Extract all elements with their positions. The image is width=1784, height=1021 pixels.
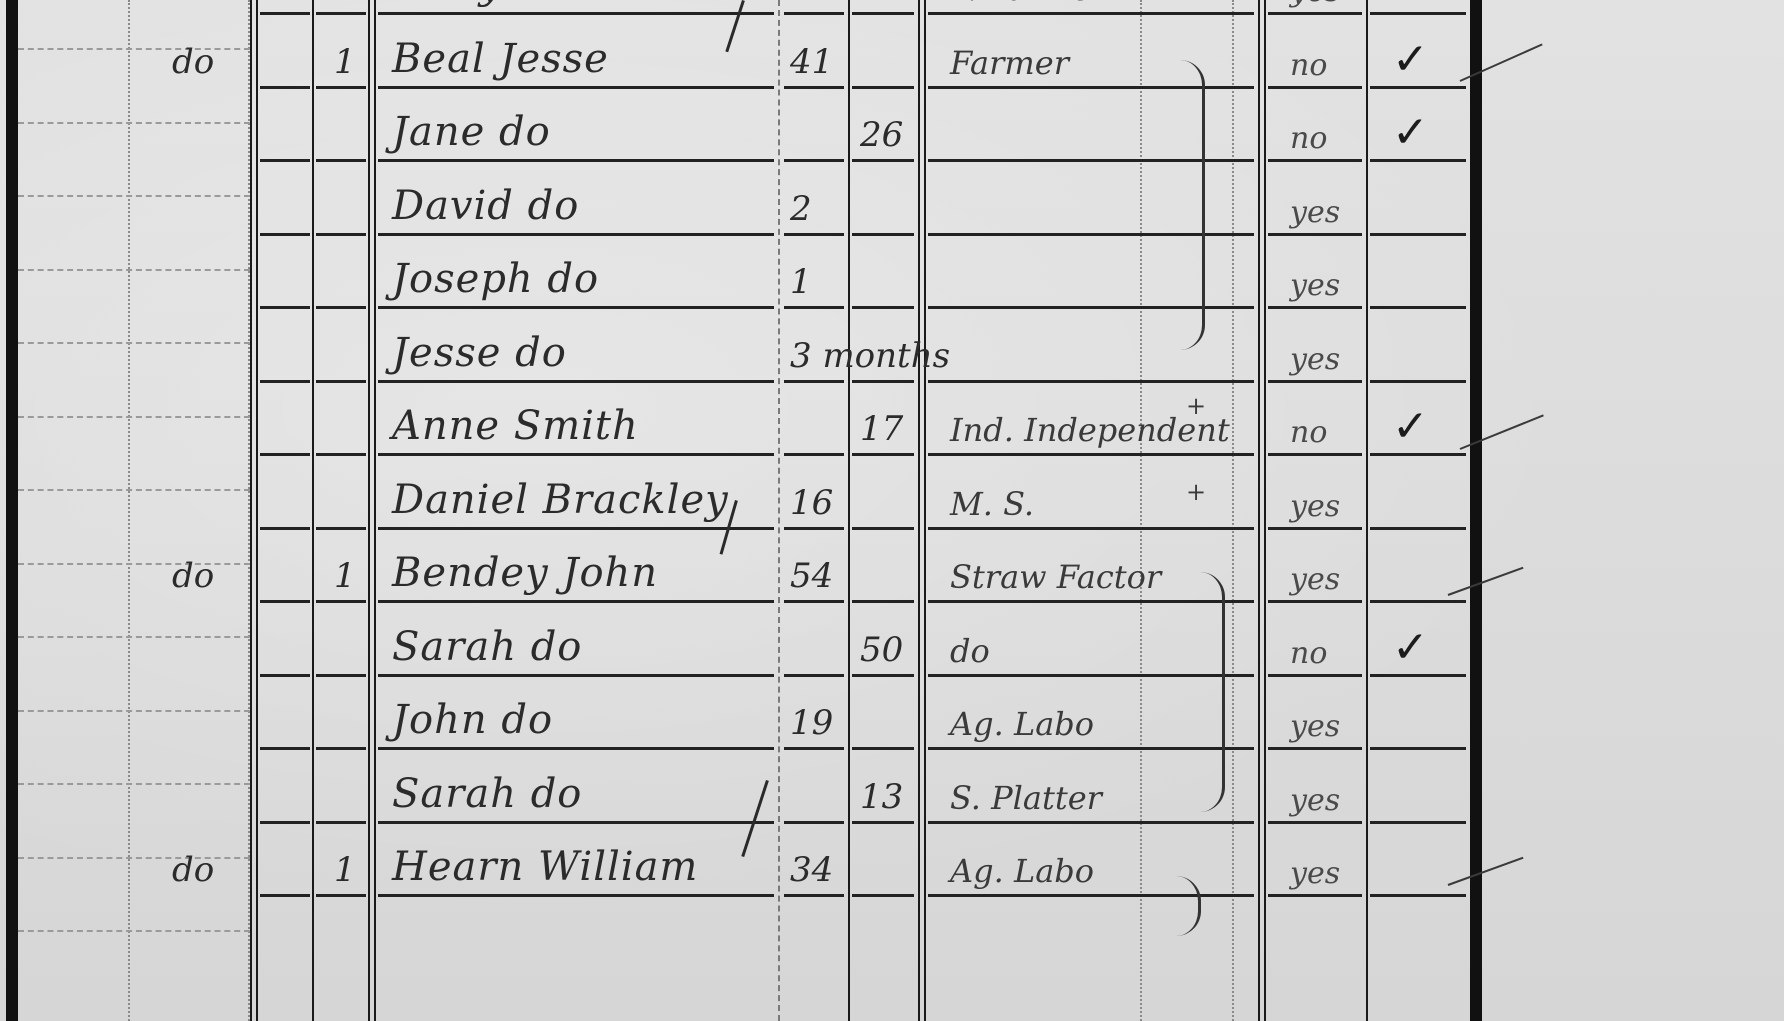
- left-page-border: [6, 0, 18, 1021]
- row-rule: [260, 380, 310, 383]
- row-rule: [1370, 894, 1466, 897]
- row-rule: [1370, 674, 1466, 677]
- row-rule: [1268, 12, 1362, 15]
- occupation: M. S.: [950, 485, 1034, 523]
- row-rule: [260, 159, 310, 162]
- row-rule: [852, 306, 914, 309]
- row-rule: [316, 600, 366, 603]
- age-male: 41: [790, 42, 833, 82]
- occupation: Farmer: [950, 44, 1069, 82]
- row-rule: [316, 86, 366, 89]
- row-rule: [784, 894, 844, 897]
- age-female: 13: [860, 777, 903, 817]
- foreign-born-check-icon: ✓: [1392, 401, 1429, 452]
- row-rule: [260, 894, 310, 897]
- row-rule: [316, 747, 366, 750]
- row-rule: [1268, 86, 1362, 89]
- row-rule: [316, 12, 366, 15]
- row-rule: [928, 821, 1254, 824]
- household-brace-bendey: [1200, 572, 1225, 812]
- margin-guide-line: [18, 636, 250, 638]
- household-count: 1: [334, 850, 356, 890]
- margin-guide-line: [18, 710, 250, 712]
- margin-guide-line: [18, 489, 250, 491]
- row-rule: [316, 674, 366, 677]
- household-count: 1: [334, 556, 356, 596]
- person-name: Anne Smith: [392, 403, 639, 449]
- row-rule: [784, 747, 844, 750]
- row-rule: [378, 821, 774, 824]
- row-rule: [260, 600, 310, 603]
- margin-guide-1: [128, 0, 130, 1021]
- age-female: 50: [860, 630, 903, 670]
- born-in-county: no: [1290, 415, 1327, 450]
- row-rule: [316, 527, 366, 530]
- household-brace-hearn: [1176, 876, 1201, 936]
- born-in-county: yes: [1290, 783, 1340, 818]
- column-rule-name-left: [368, 0, 370, 1021]
- row-rule: [928, 86, 1254, 89]
- age-male: 54: [790, 556, 833, 596]
- person-name: John do: [392, 697, 553, 743]
- born-in-county: no: [1290, 636, 1327, 671]
- margin-guide-line: [18, 563, 250, 565]
- born-in-county: no: [1290, 48, 1327, 83]
- column-rule-house-left: [250, 0, 252, 1021]
- row-rule: [784, 821, 844, 824]
- house-ditto-mark: do: [172, 42, 214, 82]
- born-in-county: yes: [1290, 489, 1340, 524]
- row-rule: [1268, 674, 1362, 677]
- plus-annotation: +: [1186, 392, 1206, 420]
- person-name: Mary do: [392, 0, 568, 8]
- age-male: 2: [790, 189, 812, 229]
- person-name: Sarah do: [392, 771, 582, 817]
- margin-check-stroke: [1448, 567, 1524, 596]
- row-rule: [378, 527, 774, 530]
- margin-guide-line: [18, 122, 250, 124]
- row-rule: [1370, 159, 1466, 162]
- row-rule: [1268, 306, 1362, 309]
- row-rule: [784, 453, 844, 456]
- occupation-guide-1: [1140, 0, 1142, 1021]
- row-rule: [852, 12, 914, 15]
- margin-guide-line: [18, 930, 250, 932]
- occupation: Straw Factor: [950, 558, 1161, 596]
- column-rule-name-left-2: [374, 0, 376, 1021]
- margin-guide-line: [18, 269, 250, 271]
- row-rule: [378, 747, 774, 750]
- row-rule: [1370, 233, 1466, 236]
- margin-guide-line: [18, 48, 250, 50]
- row-rule: [852, 233, 914, 236]
- born-in-county: yes: [1290, 268, 1340, 303]
- margin-guide-line: [18, 783, 250, 785]
- row-rule: [928, 12, 1254, 15]
- column-rule-age-mid: [848, 0, 850, 1021]
- born-in-county: yes: [1290, 195, 1340, 230]
- born-in-county: yes: [1290, 562, 1340, 597]
- born-in-county: yes: [1290, 342, 1340, 377]
- row-rule: [784, 674, 844, 677]
- column-rule-house-left-2: [256, 0, 258, 1021]
- person-name: Bendey John: [392, 550, 658, 596]
- born-in-county: no: [1290, 121, 1327, 156]
- row-rule: [260, 233, 310, 236]
- row-rule: [260, 747, 310, 750]
- margin-check-stroke: [1448, 857, 1524, 886]
- row-rule: [784, 159, 844, 162]
- row-rule: [928, 159, 1254, 162]
- house-ditto-mark: do: [172, 850, 214, 890]
- row-rule: [1268, 747, 1362, 750]
- row-rule: [260, 674, 310, 677]
- age-female: 26: [860, 115, 903, 155]
- row-rule: [1268, 600, 1362, 603]
- row-rule: [852, 894, 914, 897]
- row-rule: [1268, 159, 1362, 162]
- occupation: S. Platter: [950, 779, 1102, 817]
- person-name: David do: [392, 183, 579, 229]
- row-rule: [316, 159, 366, 162]
- row-rule: [1370, 306, 1466, 309]
- census-page: Mary do20F. Farmeryesdo1Beal Jesse41Farm…: [0, 0, 1784, 1021]
- row-rule: [316, 821, 366, 824]
- foreign-born-check-icon: ✓: [1392, 622, 1429, 673]
- row-rule: [852, 380, 914, 383]
- row-rule: [852, 600, 914, 603]
- row-rule: [1370, 86, 1466, 89]
- person-name: Daniel Brackley: [392, 477, 729, 523]
- plus-annotation: +: [1186, 478, 1206, 506]
- row-rule: [852, 86, 914, 89]
- row-rule: [260, 453, 310, 456]
- row-rule: [928, 527, 1254, 530]
- age-male: 34: [790, 850, 833, 890]
- house-ditto-mark: do: [172, 556, 214, 596]
- row-rule: [784, 233, 844, 236]
- row-rule: [316, 453, 366, 456]
- row-rule: [928, 306, 1254, 309]
- row-rule: [1268, 527, 1362, 530]
- row-rule: [1370, 821, 1466, 824]
- row-rule: [928, 233, 1254, 236]
- row-rule: [784, 86, 844, 89]
- born-in-county: yes: [1290, 856, 1340, 891]
- age-female: 20: [860, 0, 903, 8]
- column-rule-age-left: [778, 0, 780, 1021]
- row-rule: [316, 380, 366, 383]
- row-rule: [378, 894, 774, 897]
- row-rule: [1370, 527, 1466, 530]
- row-rule: [260, 821, 310, 824]
- margin-guide-line: [18, 342, 250, 344]
- row-rule: [852, 159, 914, 162]
- row-rule: [378, 600, 774, 603]
- row-rule: [784, 306, 844, 309]
- row-rule: [1268, 821, 1362, 824]
- row-rule: [784, 527, 844, 530]
- row-rule: [852, 674, 914, 677]
- row-rule: [852, 821, 914, 824]
- row-rule: [378, 674, 774, 677]
- person-name: Jesse do: [392, 330, 567, 376]
- row-rule: [784, 380, 844, 383]
- age-female: 17: [860, 409, 903, 449]
- row-rule: [928, 453, 1254, 456]
- age-male: 3 months: [790, 336, 950, 376]
- row-rule: [260, 86, 310, 89]
- pen-stroke: [741, 780, 769, 857]
- row-rule: [852, 747, 914, 750]
- row-rule: [1370, 380, 1466, 383]
- row-rule: [1268, 380, 1362, 383]
- occupation: F. Farmer: [950, 0, 1107, 8]
- row-rule: [784, 12, 844, 15]
- occupation: Ag. Labo: [950, 705, 1094, 743]
- household-brace-beal: [1180, 60, 1205, 350]
- row-rule: [1370, 453, 1466, 456]
- age-male: 16: [790, 483, 833, 523]
- row-rule: [1370, 12, 1466, 15]
- occupation-guide-2: [1232, 0, 1234, 1021]
- row-rule: [1370, 747, 1466, 750]
- age-male: 19: [790, 703, 833, 743]
- person-name: Jane do: [392, 109, 551, 155]
- age-male: 1: [790, 262, 812, 302]
- column-rule-born-left: [1258, 0, 1260, 1021]
- occupation: Ag. Labo: [950, 852, 1094, 890]
- occupation: do: [950, 632, 990, 670]
- household-count: 1: [334, 42, 356, 82]
- row-rule: [852, 527, 914, 530]
- person-name: Beal Jesse: [392, 36, 609, 82]
- person-name: Sarah do: [392, 624, 582, 670]
- row-rule: [316, 233, 366, 236]
- row-rule: [260, 306, 310, 309]
- pen-stroke: [725, 0, 745, 52]
- row-rule: [378, 306, 774, 309]
- margin-guide-line: [18, 416, 250, 418]
- row-rule: [260, 12, 310, 15]
- row-rule: [378, 380, 774, 383]
- column-rule-born-left-2: [1264, 0, 1266, 1021]
- column-rule-foreign-left: [1366, 0, 1368, 1021]
- column-rule-count: [312, 0, 314, 1021]
- row-rule: [378, 159, 774, 162]
- born-in-county: yes: [1290, 709, 1340, 744]
- row-rule: [378, 233, 774, 236]
- row-rule: [316, 306, 366, 309]
- row-rule: [784, 600, 844, 603]
- born-in-county: yes: [1290, 0, 1340, 9]
- foreign-born-check-icon: ✓: [1392, 34, 1429, 85]
- foreign-born-check-icon: ✓: [1392, 107, 1429, 158]
- margin-guide-line: [18, 857, 250, 859]
- margin-guide-line: [18, 195, 250, 197]
- column-rule-occupation-left: [918, 0, 920, 1021]
- right-page-border: [1470, 0, 1482, 1021]
- column-rule-occupation-left-2: [924, 0, 926, 1021]
- person-name: Hearn William: [392, 844, 698, 890]
- row-rule: [1268, 894, 1362, 897]
- row-rule: [928, 894, 1254, 897]
- row-rule: [1268, 453, 1362, 456]
- row-rule: [378, 453, 774, 456]
- row-rule: [378, 12, 774, 15]
- row-rule: [928, 380, 1254, 383]
- row-rule: [378, 86, 774, 89]
- row-rule: [1370, 600, 1466, 603]
- row-rule: [1268, 233, 1362, 236]
- row-rule: [316, 894, 366, 897]
- row-rule: [852, 453, 914, 456]
- row-rule: [260, 527, 310, 530]
- person-name: Joseph do: [392, 256, 599, 302]
